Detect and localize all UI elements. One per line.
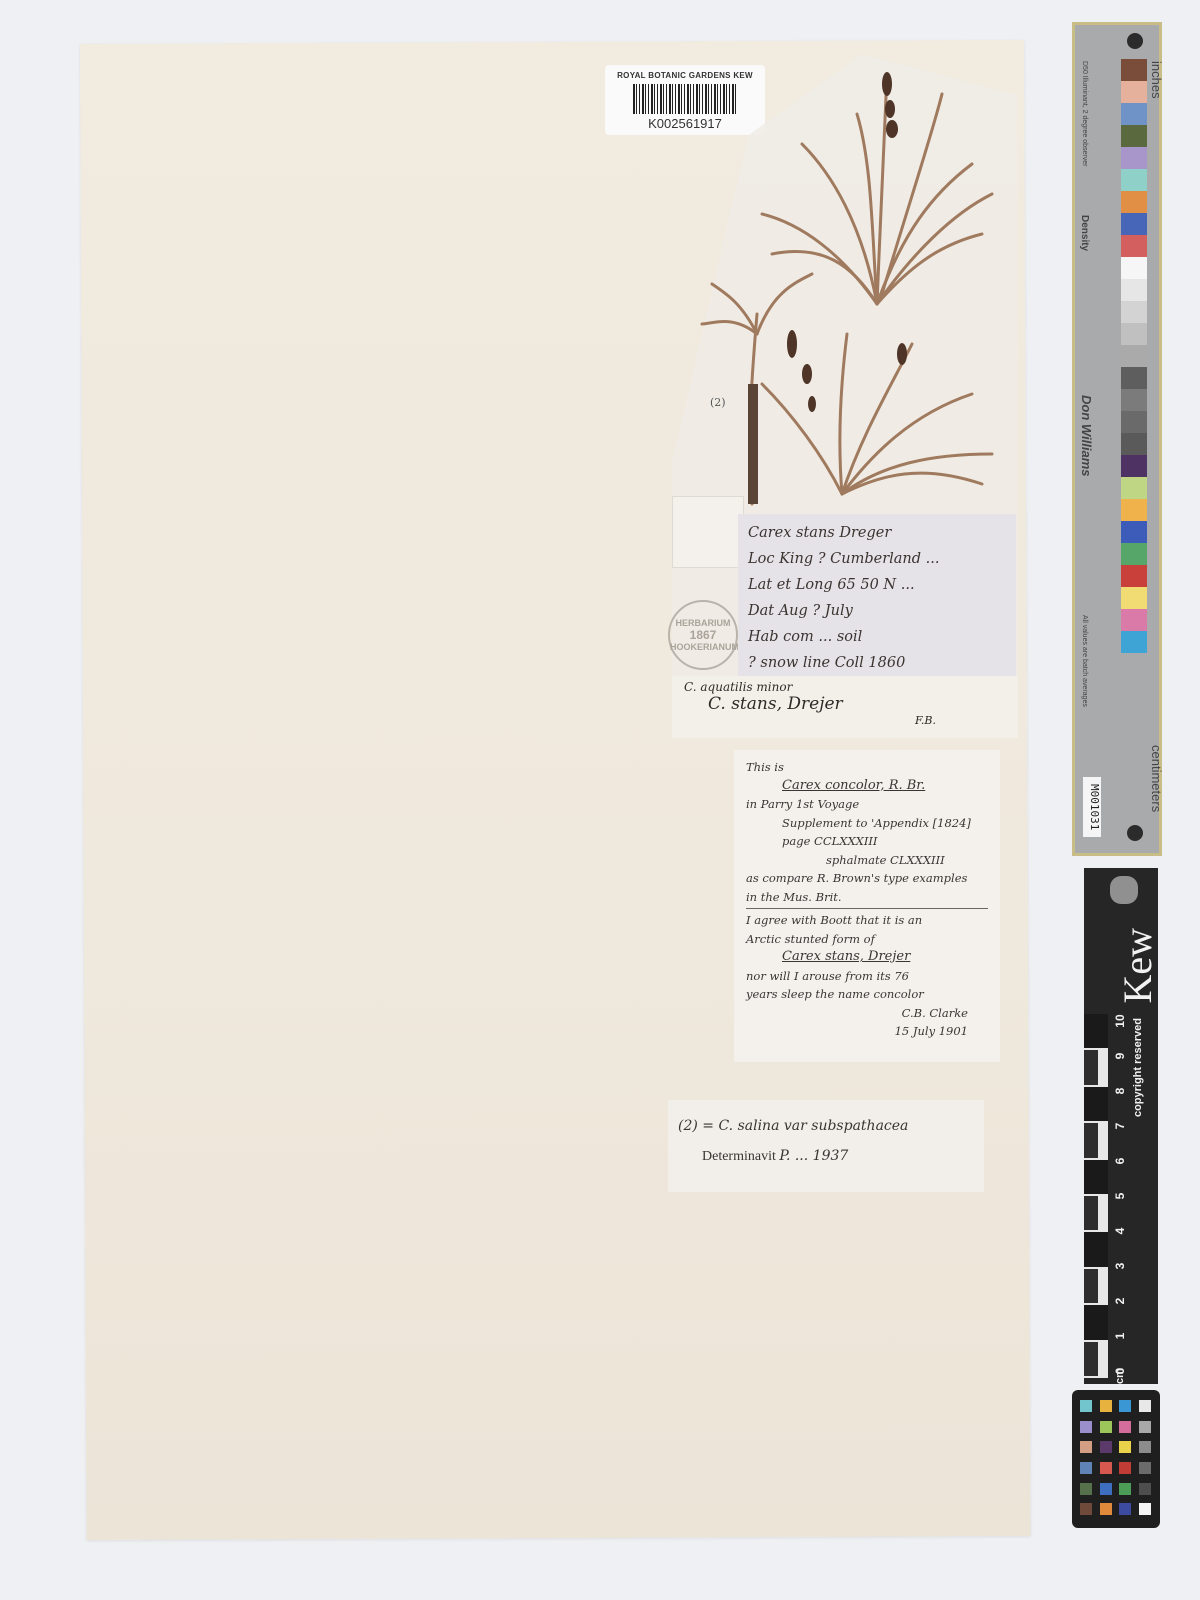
checker-patch: [1080, 1441, 1092, 1453]
color-swatch: [1121, 125, 1147, 147]
note-line: Carex stans, Drejer: [746, 948, 988, 967]
color-swatch: [1121, 147, 1147, 169]
ruler-tick-label: 3: [1113, 1256, 1127, 1276]
color-swatch: [1121, 587, 1147, 609]
collector-line: Dat Aug ? July: [748, 598, 1006, 624]
color-swatch: [1121, 257, 1147, 279]
checker-patch: [1080, 1462, 1092, 1474]
fragment-packet: [672, 496, 744, 568]
note-line: page CCLXXXIII: [746, 832, 988, 851]
checker-patch: [1100, 1483, 1112, 1495]
color-swatch: [1121, 367, 1147, 389]
checker-patch: [1119, 1483, 1131, 1495]
color-swatch: [1121, 169, 1147, 191]
determiner-name: P. ... 1937: [779, 1148, 848, 1164]
checker-patch: [1080, 1483, 1092, 1495]
ruler-tick-label: 10: [1113, 1011, 1127, 1031]
color-checker-card: [1072, 1390, 1160, 1528]
color-swatch: [1121, 477, 1147, 499]
collector-line: Hab com ... soil: [748, 624, 1006, 650]
note-line: years sleep the name concolor: [746, 985, 988, 1004]
color-swatch: [1121, 631, 1147, 653]
color-swatch: [1121, 389, 1147, 411]
note-line: as compare R. Brown's type examples: [746, 869, 988, 888]
determination-label: (2) = C. salina var subspathacea Determi…: [668, 1100, 984, 1192]
plant-specimen-icon: (2): [672, 54, 1017, 514]
color-swatch: [1121, 543, 1147, 565]
kew-crest-icon: [1110, 876, 1138, 904]
color-swatch: [1121, 81, 1147, 103]
inches-label: inches: [1149, 61, 1164, 99]
note-line: Carex concolor, R. Br.: [746, 777, 988, 796]
checker-patch: [1100, 1503, 1112, 1515]
checker-patch: [1119, 1503, 1131, 1515]
ruler-tick-label: 2: [1113, 1291, 1127, 1311]
annotation-line-1: C. aquatilis minor: [684, 680, 1006, 694]
determinavit-label: Determinavit: [702, 1149, 776, 1164]
collector-line: Carex stans Dreger: [748, 520, 1006, 546]
cm-ruler: [1084, 1014, 1108, 1378]
mount-hole-icon: [1127, 825, 1143, 841]
batch-text: All values are batch averages: [1081, 615, 1088, 707]
checker-patch: [1119, 1400, 1131, 1412]
note-line: I agree with Boott that it is an: [746, 911, 988, 930]
checker-patch: [1139, 1503, 1151, 1515]
checker-patch: [1080, 1421, 1092, 1433]
color-swatch-strip: [1121, 59, 1147, 653]
checker-patch: [1139, 1462, 1151, 1474]
color-swatch: [1121, 521, 1147, 543]
note-signature: C.B. Clarke: [746, 1004, 988, 1023]
checker-patch: [1100, 1400, 1112, 1412]
ruler-tick-labels: 012345678910: [1110, 1014, 1130, 1378]
color-swatch: [1121, 235, 1147, 257]
ruler-tick-label: 9: [1113, 1046, 1127, 1066]
stamp-line-3: HOOKERIANUM: [670, 642, 736, 652]
color-swatch: [1121, 213, 1147, 235]
checker-patch: [1080, 1400, 1092, 1412]
stamp-line-1: HERBARIUM: [670, 618, 736, 628]
color-swatch: [1121, 103, 1147, 125]
note-line: in the Mus. Brit.: [746, 888, 988, 907]
note-line: nor will I arouse from its 76: [746, 967, 988, 986]
determinavit-row: Determinavit P. ... 1937: [678, 1148, 974, 1165]
collector-line: ? snow line Coll 1860: [748, 650, 1006, 676]
checker-patch: [1139, 1400, 1151, 1412]
color-swatch: [1121, 499, 1147, 521]
checker-patch: [1119, 1421, 1131, 1433]
copyright-text: copyright reserved: [1132, 1018, 1144, 1117]
color-swatch: [1121, 323, 1147, 345]
annotation-line-2: C. stans, Drejer: [684, 694, 1006, 714]
kew-logo: Kew: [1114, 928, 1161, 1004]
ruler-tick-label: 6: [1113, 1151, 1127, 1171]
checker-patch: [1139, 1441, 1151, 1453]
determination-line: (2) = C. salina var subspathacea: [678, 1118, 974, 1134]
centimeters-label: centimeters: [1149, 745, 1164, 812]
color-swatch: [1121, 59, 1147, 81]
unit-label: cm: [1114, 1368, 1126, 1384]
checker-patch: [1139, 1421, 1151, 1433]
herbarium-stamp: HERBARIUM 1867 HOOKERIANUM: [668, 600, 738, 670]
ruler-tick-label: 7: [1113, 1116, 1127, 1136]
density-label: Density: [1079, 215, 1090, 251]
kew-scale-bar: Kew copyright reserved 012345678910 cm: [1084, 868, 1158, 1384]
collector-label: Carex stans Dreger Loc King ? Cumberland…: [738, 514, 1016, 676]
color-swatch: [1121, 433, 1147, 455]
color-swatch: [1121, 345, 1147, 367]
collector-line: Lat et Long 65 50 N ...: [748, 572, 1006, 598]
color-swatch: [1121, 191, 1147, 213]
color-swatch: [1121, 301, 1147, 323]
note-line: in Parry 1st Voyage: [746, 795, 988, 814]
checker-patch: [1100, 1421, 1112, 1433]
note-line: Supplement to 'Appendix [1824]: [746, 814, 988, 833]
illuminant-text: D50 Illuminant, 2 degree observer: [1081, 61, 1088, 166]
checker-patch: [1080, 1503, 1092, 1515]
ruler-tick-label: 8: [1113, 1081, 1127, 1101]
checker-patch: [1139, 1483, 1151, 1495]
checker-patch: [1100, 1462, 1112, 1474]
ruler-tick-label: 5: [1113, 1186, 1127, 1206]
annotation-label: C. aquatilis minor C. stans, Drejer F.B.: [672, 676, 1018, 738]
note-divider: [746, 908, 988, 909]
color-swatch: [1121, 279, 1147, 301]
annotation-initials: F.B.: [684, 714, 1006, 727]
color-swatch: [1121, 609, 1147, 631]
checker-patch: [1119, 1462, 1131, 1474]
color-swatch: [1121, 411, 1147, 433]
color-swatch: [1121, 455, 1147, 477]
note-line: Arctic stunted form of: [746, 930, 988, 949]
note-line: sphalmate CLXXXIII: [746, 851, 988, 870]
color-calibration-bar: inches centimeters D50 Illuminant, 2 deg…: [1072, 22, 1162, 856]
color-swatch: [1121, 565, 1147, 587]
ruler-tick-label: 1: [1113, 1326, 1127, 1346]
brand-label: Don Williams: [1079, 395, 1094, 477]
checker-patch: [1100, 1441, 1112, 1453]
note-line: This is: [746, 758, 988, 777]
clarke-note-label: This is Carex concolor, R. Br. in Parry …: [734, 750, 1000, 1062]
ruler-tick-label: 4: [1113, 1221, 1127, 1241]
collector-line: Loc King ? Cumberland ...: [748, 546, 1006, 572]
color-bar-code: M001031: [1083, 777, 1101, 837]
checker-patch: [1119, 1441, 1131, 1453]
mount-hole-icon: [1127, 33, 1143, 49]
note-date: 15 July 1901: [746, 1022, 988, 1041]
svg-text:(2): (2): [710, 396, 726, 409]
stamp-year: 1867: [670, 628, 736, 642]
